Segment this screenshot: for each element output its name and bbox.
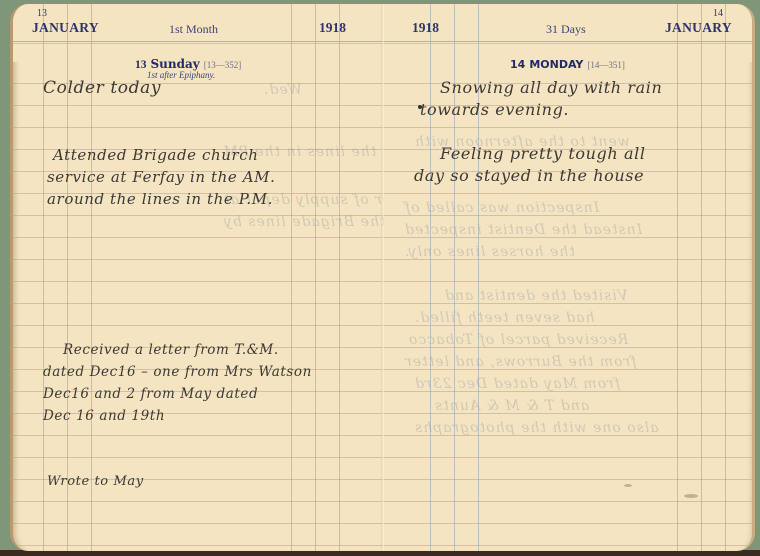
day-date: 13: [135, 59, 147, 71]
right-page: 1918 31 Days 14 JANUARY 14 MONDAY [14—35…: [384, 4, 755, 551]
entry-line: day so stayed in the house: [414, 166, 644, 185]
page-number: 13: [37, 8, 47, 19]
bleed-through-text: Visited the dentist and: [444, 288, 628, 304]
entry-line: Attended Brigade church: [53, 146, 259, 164]
entry-line: service at Ferfay in the AM.: [47, 168, 276, 186]
bleed-through-text: Inspection was called of: [404, 200, 599, 216]
day-count: [13—352]: [204, 60, 242, 70]
ink-smudge: [624, 484, 632, 487]
year-label: 1918: [319, 20, 346, 36]
header-red-rule: [384, 43, 752, 44]
ink-smudge: [684, 494, 698, 498]
entry-line: Dec 16 and 19th: [43, 408, 165, 424]
entry-line: Feeling pretty tough all: [440, 144, 646, 163]
month-label: JANUARY: [665, 20, 732, 36]
day-date: 14: [510, 58, 525, 71]
left-page: 13 JANUARY 1st Month 1918 13 Sunday [13—…: [10, 4, 387, 551]
entry-line: Received a letter from T.&M.: [63, 342, 279, 358]
column-line: [701, 4, 702, 551]
bleed-through-text: and T & M & Aunts: [434, 398, 589, 414]
entry-line: around the lines in the P.M.: [47, 190, 273, 208]
column-line: [339, 4, 340, 551]
bleed-through-text: had seven teeth filled.: [414, 310, 595, 326]
column-line: [725, 4, 726, 551]
entry-line: Snowing all day with rain: [440, 78, 662, 97]
entry-line: towards evening.: [420, 100, 569, 119]
bleed-through-text: from the Burrows, and letter: [404, 354, 636, 370]
bleed-through-text: Instead the Dentist inspected: [404, 222, 642, 238]
days-in-month: 31 Days: [546, 22, 586, 37]
month-ordinal: 1st Month: [169, 22, 218, 37]
day-weekday: MONDAY: [529, 58, 583, 71]
column-line: [677, 4, 678, 551]
day-count: [14—351]: [587, 60, 625, 70]
day-weekday: Sunday: [151, 57, 200, 71]
bleed-through-text: the Brigade lines by: [223, 214, 386, 230]
year-label: 1918: [412, 20, 439, 36]
month-label: JANUARY: [32, 20, 99, 36]
page-number: 14: [713, 8, 723, 19]
margin-line: [430, 4, 431, 551]
header-red-rule: [13, 43, 387, 44]
entry-line: Dec16 and 2 from May dated: [43, 386, 258, 402]
entry-line: Colder today: [43, 78, 161, 98]
header-red-rule: [384, 41, 752, 42]
header-red-rule: [13, 41, 387, 42]
column-line: [315, 4, 316, 551]
entry-line: Wrote to May: [47, 474, 144, 489]
bleed-through-text: Received parcel of Tobacco: [408, 332, 628, 348]
bleed-through-text: Wed.: [263, 82, 302, 98]
bleed-through-text: from May dated Dec 23rd: [414, 376, 620, 392]
bleed-through-text: also one with the photographs: [414, 420, 659, 436]
ink-dot: [418, 105, 422, 109]
entry-line: dated Dec16 – one from Mrs Watson: [43, 364, 312, 380]
bleed-through-text: the horses lines only.: [404, 244, 575, 260]
day-heading: 14 MONDAY [14—351]: [510, 55, 625, 73]
